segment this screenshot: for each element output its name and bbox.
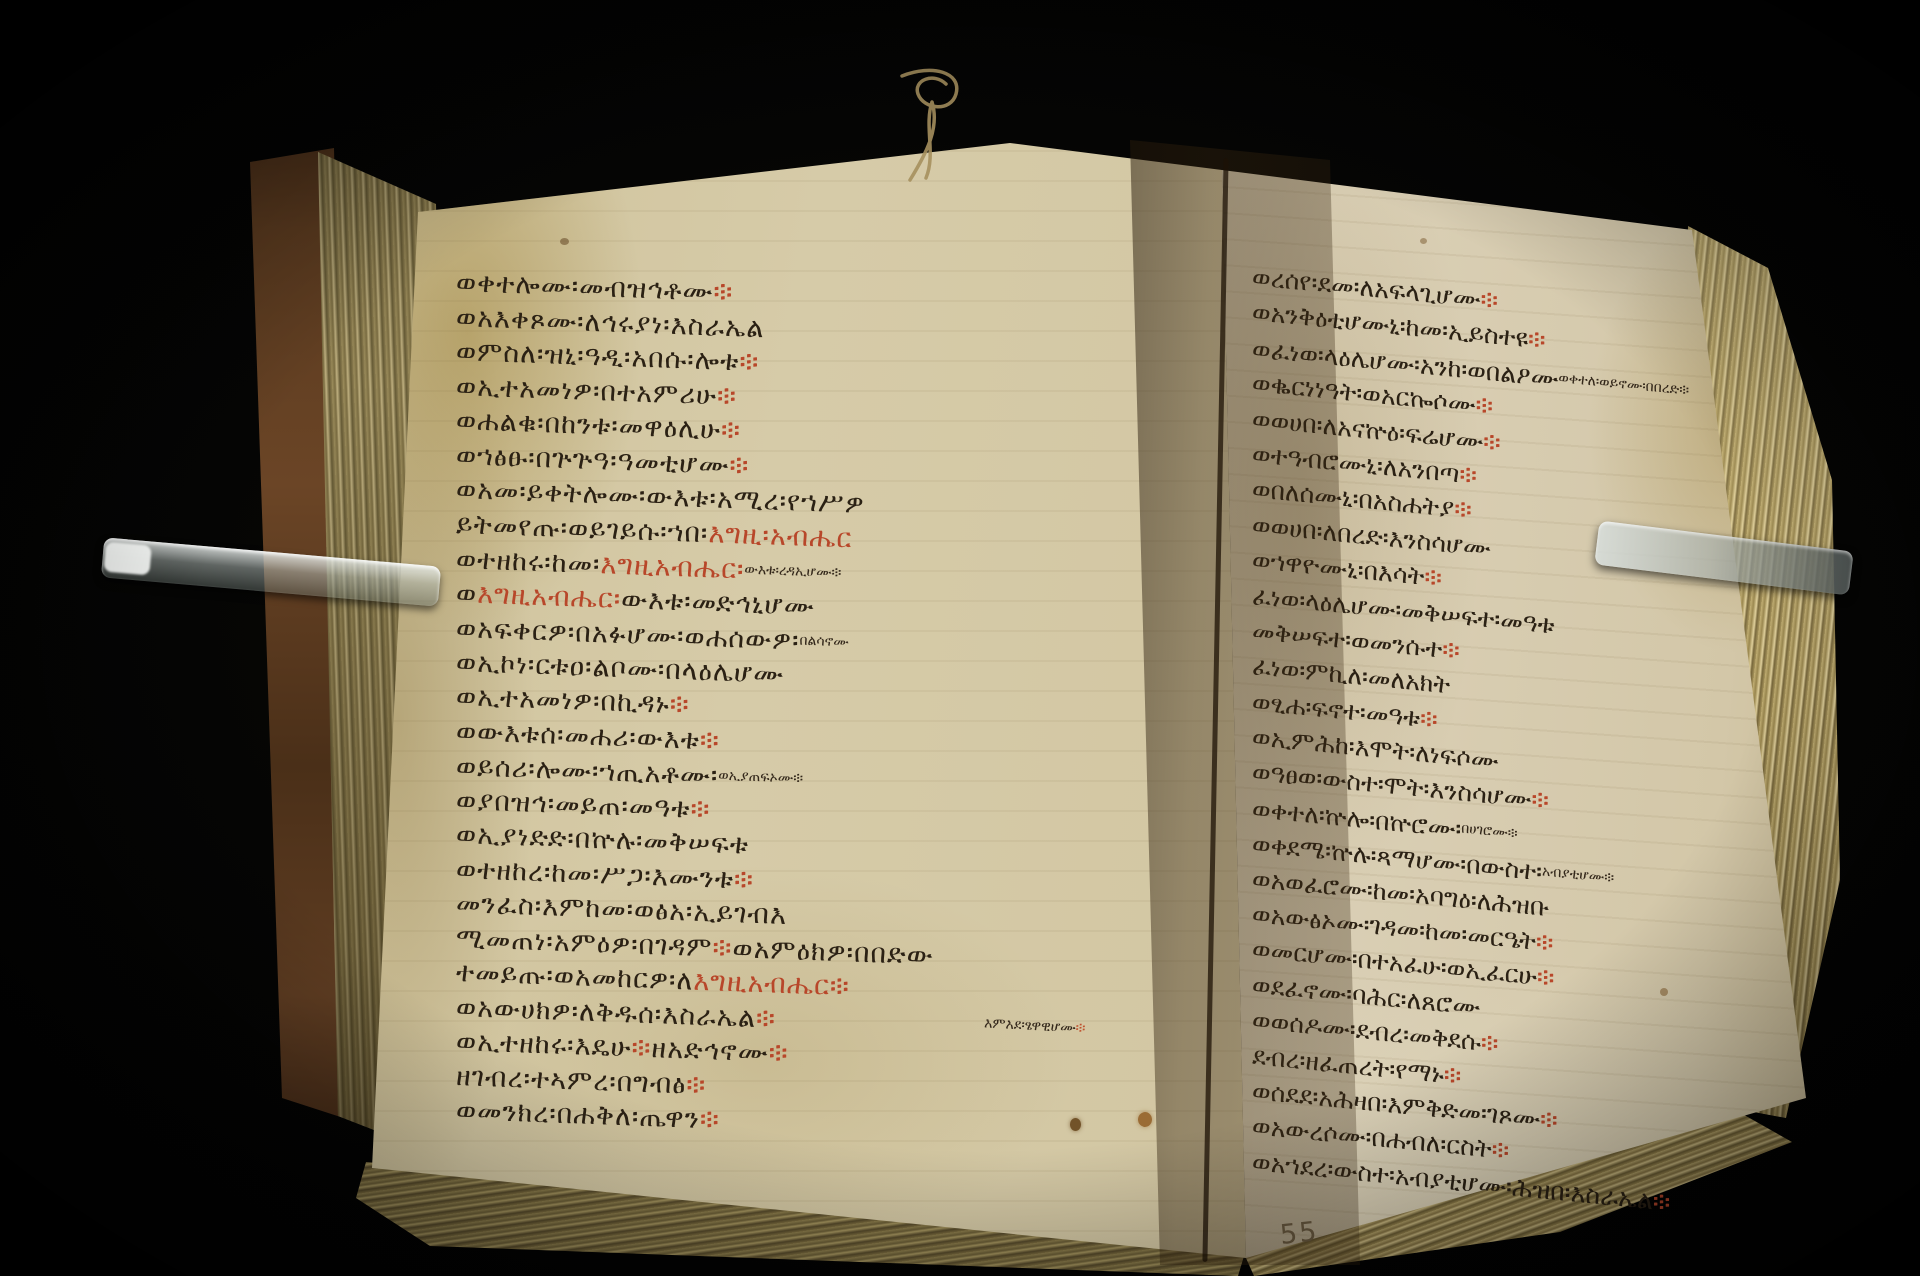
photograph-background: ወቀተሎሙ፡መብዝኅቶሙ፨ወአእቀጾሙ፡ለኅሩያነ፡እስራኤልወምስለ፡ዝኒ፡ዓ… bbox=[0, 0, 1920, 1276]
photo-vignette bbox=[0, 0, 1920, 1276]
